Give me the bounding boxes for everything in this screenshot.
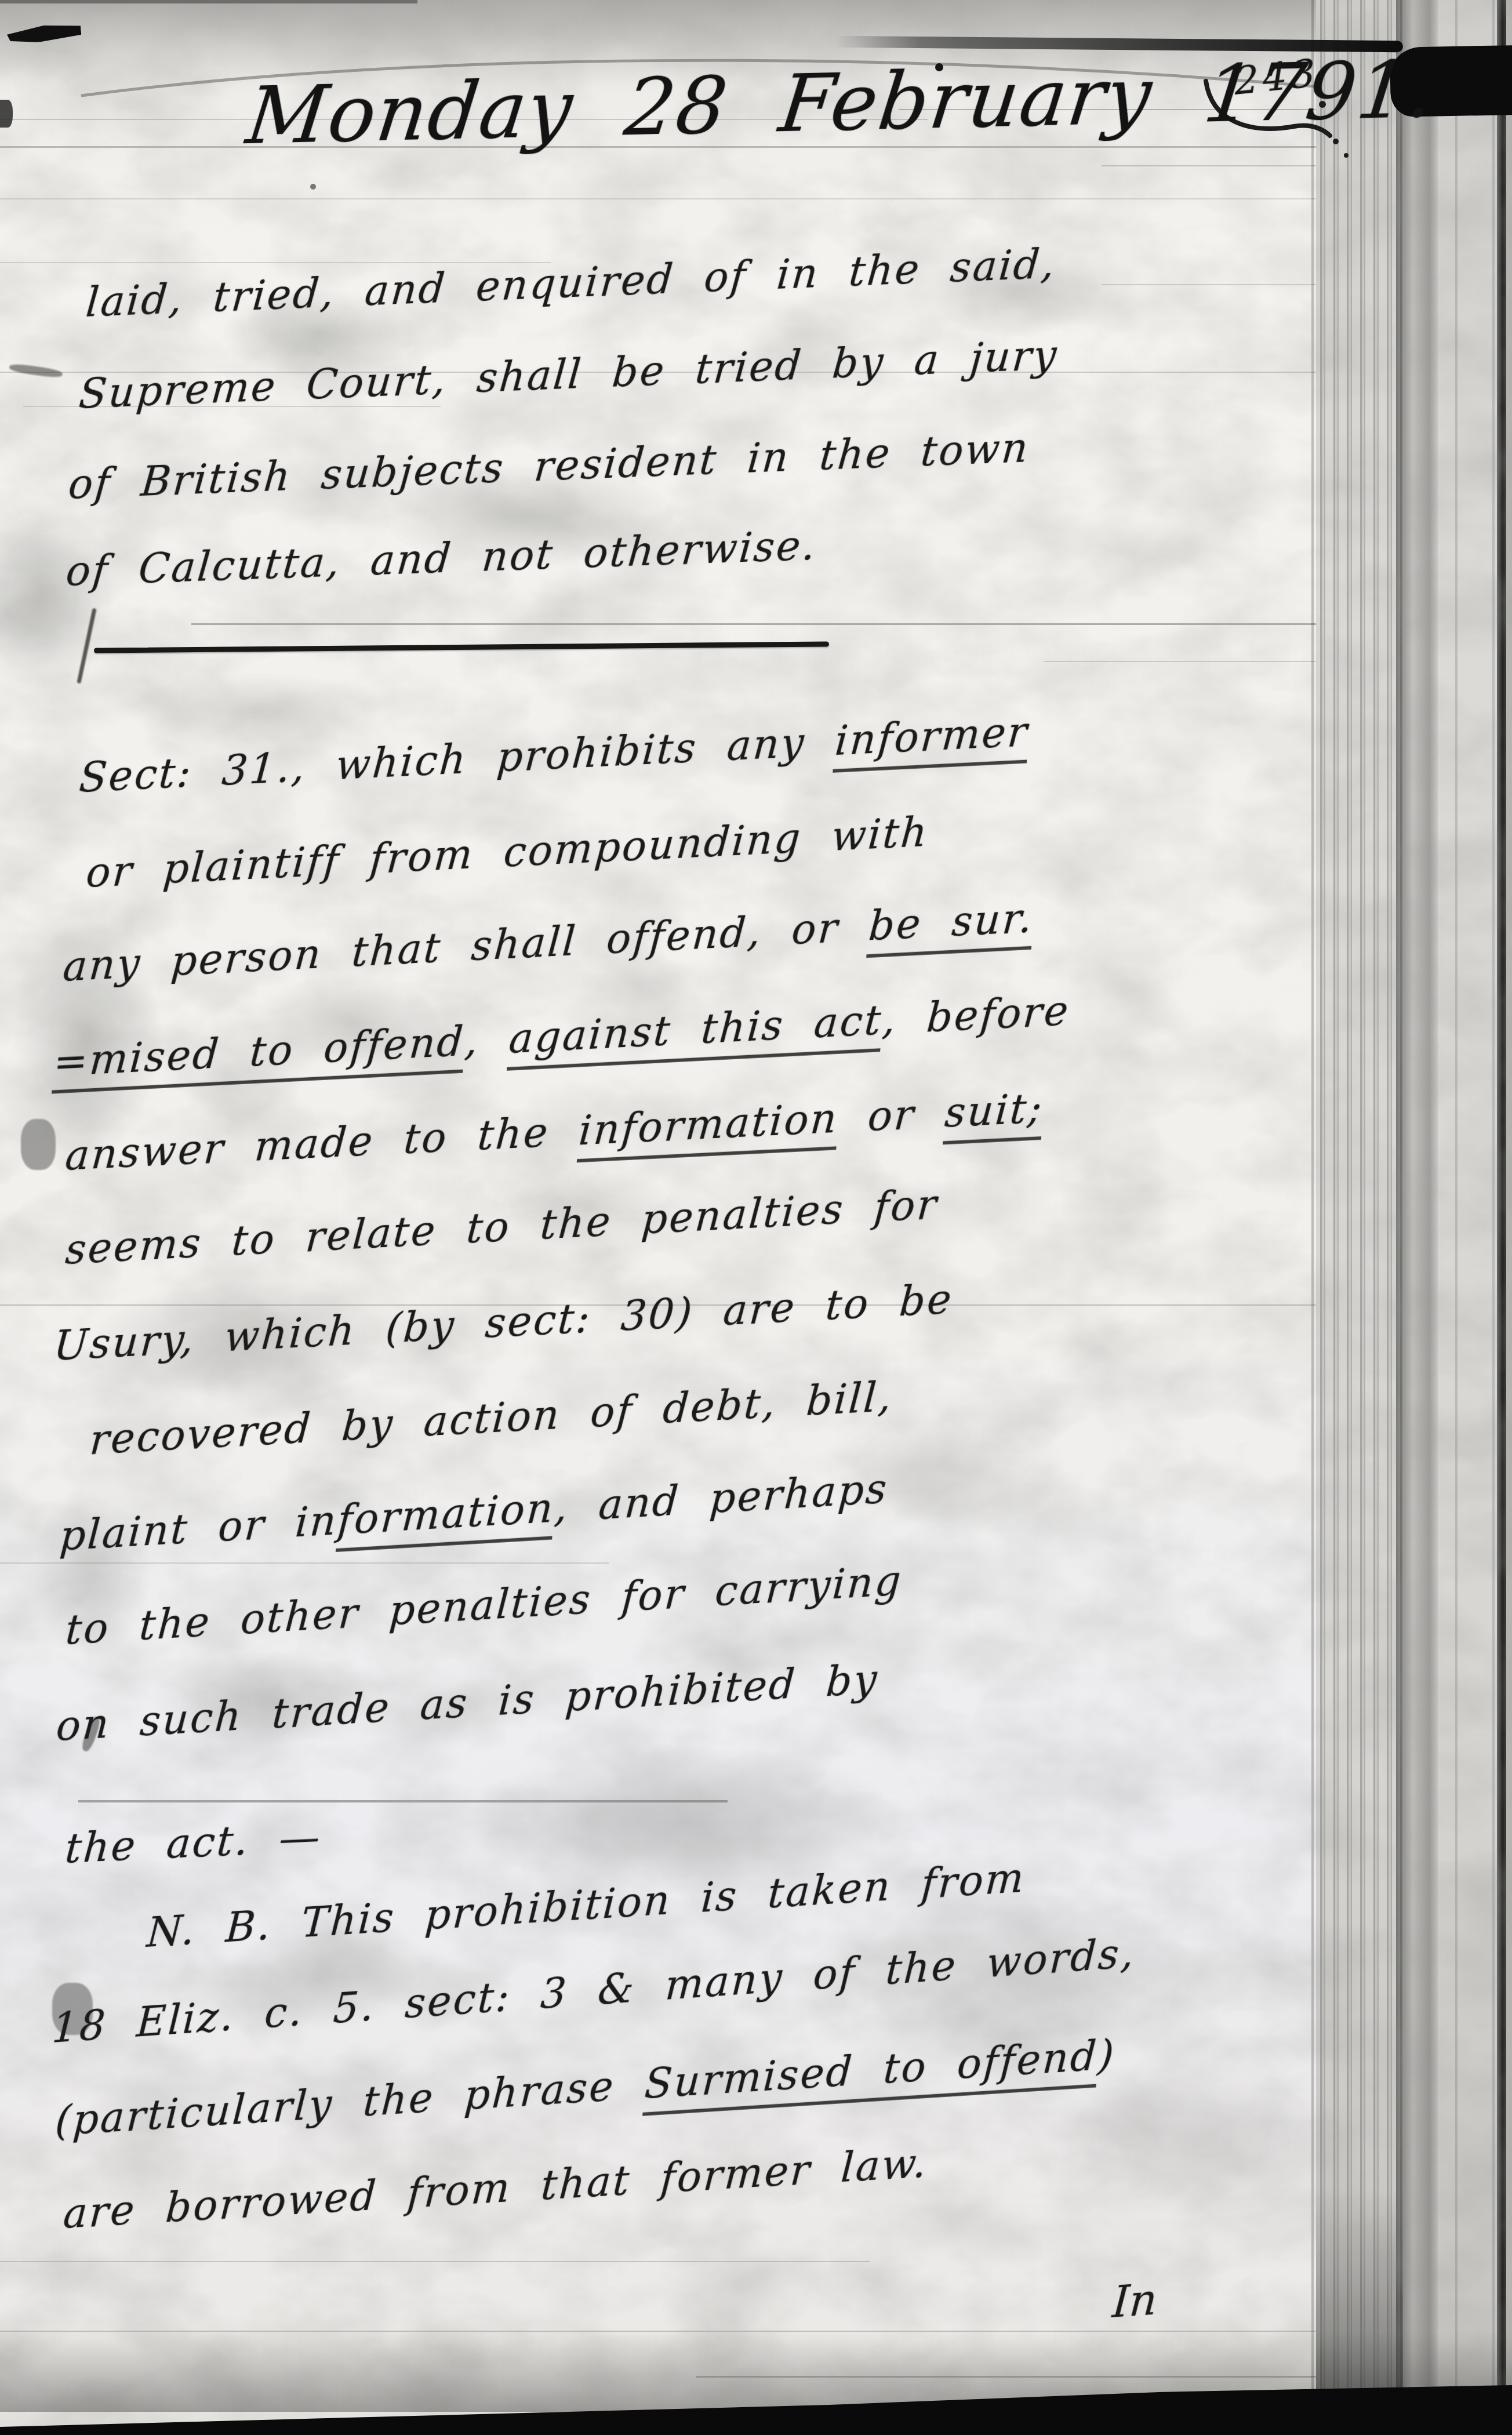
text-segment: ): [1096, 2030, 1117, 2079]
manuscript-line: plaint or information, and perhaps: [58, 1463, 889, 1562]
text-segment: ,: [463, 1015, 511, 1064]
text-segment: , before: [881, 986, 1071, 1044]
text-segment: to the other penalties for carrying: [64, 1556, 904, 1653]
manuscript-line: answer made to the information or suit;: [64, 1082, 1045, 1181]
text-segment: any person that shall offend, or: [61, 902, 871, 991]
page-right-edge-line: [1311, 0, 1314, 2435]
manuscript-line: or plaintiff from compounding with: [85, 806, 931, 899]
ink-dot: [310, 184, 316, 190]
scan-line: [191, 623, 1484, 625]
scan-right-sliver: [1506, 0, 1512, 2435]
page-edge-gap-shadow: [1396, 0, 1438, 2435]
underlined-phrase: informer: [833, 707, 1031, 773]
underlined-phrase: be sur.: [867, 893, 1035, 958]
page-edge-striations: [1316, 0, 1403, 2435]
manuscript-line: are borrowed from that former law.: [61, 2137, 929, 2240]
scan-line: [0, 198, 1512, 199]
text-segment: or: [837, 1089, 947, 1142]
manuscript-line: any person that shall offend, or be sur.: [61, 892, 1035, 993]
ink-smudge: [9, 363, 63, 379]
manuscript-page-scan: Monday 28 February 1791. 243 laid, tried…: [0, 0, 1512, 2435]
text-segment: (particularly the phrase: [54, 2060, 646, 2145]
section-divider-rule: [94, 641, 829, 653]
text-segment: the act. —: [64, 1813, 324, 1872]
manuscript-line: laid, tried, and enquired of in the said…: [84, 238, 1058, 328]
ink-smudge: [128, 673, 383, 748]
text-segment: seems to relate to the penalties for: [64, 1180, 940, 1273]
scan-line: [0, 2261, 870, 2262]
ink-smudge: [0, 499, 116, 696]
text-segment: are borrowed from that former law.: [62, 2138, 929, 2237]
manuscript-line: to the other penalties for carrying: [64, 1555, 904, 1656]
page-number: 243: [1234, 50, 1320, 104]
ink-smudge: [21, 1119, 56, 1170]
manuscript-line: seems to relate to the penalties for: [64, 1179, 940, 1275]
manuscript-line: the act. —: [63, 1812, 324, 1874]
scan-top-edge: [0, 0, 417, 3]
left-edge-ink-mark: [0, 100, 13, 128]
text-segment: or plaintiff from compounding with: [85, 808, 931, 896]
binding-dark-line: [1497, 0, 1506, 2435]
manuscript-line: (particularly the phrase Surmised to off…: [54, 2029, 1117, 2147]
underlined-phrase: against this act: [507, 996, 884, 1071]
underlined-phrase: information: [577, 1094, 840, 1162]
catchword: In: [1111, 2274, 1159, 2328]
manuscript-line: =mised to offend, against this act, befo…: [52, 985, 1072, 1088]
text-segment: laid, tried, and enquired of in the said…: [84, 239, 1058, 326]
underlined-phrase: formation: [336, 1484, 556, 1552]
underlined-phrase: suit;: [943, 1084, 1045, 1145]
underlined-phrase: Surmised to offend: [643, 2031, 1100, 2116]
text-segment: , and perhaps: [553, 1464, 890, 1532]
